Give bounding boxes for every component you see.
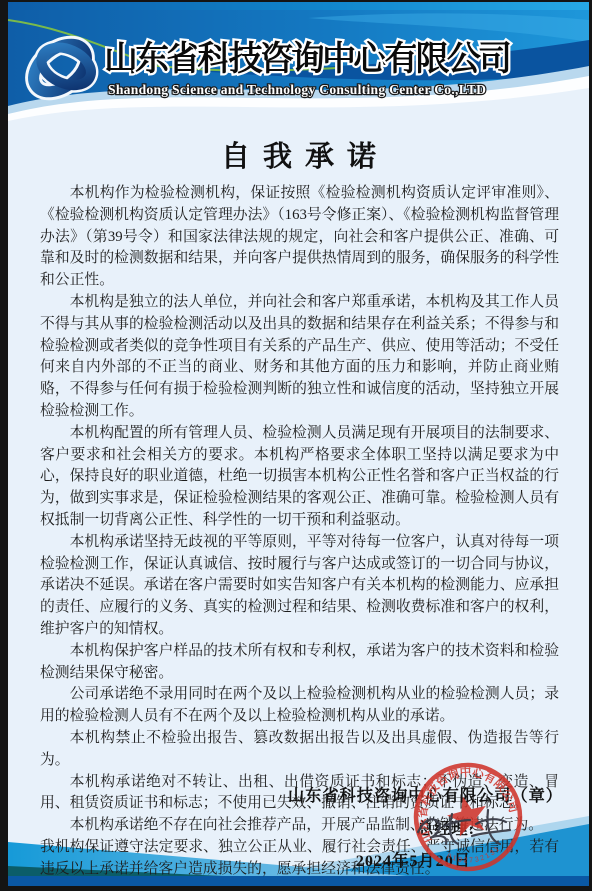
paragraph: 公司承诺绝不录用同时在两个及以上检验检测机构从业的检验检测人员；录用的检验检测人… [40, 684, 559, 728]
paragraph: 本机构保护客户样品的技术所有权和专利权，承诺为客户的技术资料和检验检测结果保守秘… [40, 641, 559, 685]
paragraph: 本机构是独立的法人单位，并向社会和客户郑重承诺，本机构及其工作人员不得与其从事的… [40, 292, 559, 423]
company-name-en: Shandong Science and Technology Consulti… [108, 82, 486, 97]
document-sheet: 山东省科技咨询中心有限公司 Shandong Science and Techn… [8, 2, 589, 886]
paragraph: 本机构配置的所有管理人员、检验检测人员满足现有开展项目的法制要求、客户要求和社会… [40, 423, 559, 532]
general-manager-signature [410, 802, 520, 850]
paragraph: 本机构作为检验检测机构，保证按照《检验检测机构资质认定评审准则》、《检验检测机构… [40, 183, 559, 292]
company-name-cn: 山东省科技咨询中心有限公司 [104, 40, 512, 78]
document-title: 自我承诺 [8, 134, 589, 175]
document-page: 山东省科技咨询中心有限公司 Shandong Science and Techn… [0, 0, 592, 891]
header-banner: 山东省科技咨询中心有限公司 Shandong Science and Techn… [8, 10, 589, 122]
top-blue-strip [8, 2, 589, 10]
paragraph: 本机构承诺坚持无歧视的平等原则，平等对待每一位客户，认真对待每一项检验检测工作，… [40, 532, 559, 641]
banner-art: 山东省科技咨询中心有限公司 Shandong Science and Techn… [8, 10, 589, 122]
